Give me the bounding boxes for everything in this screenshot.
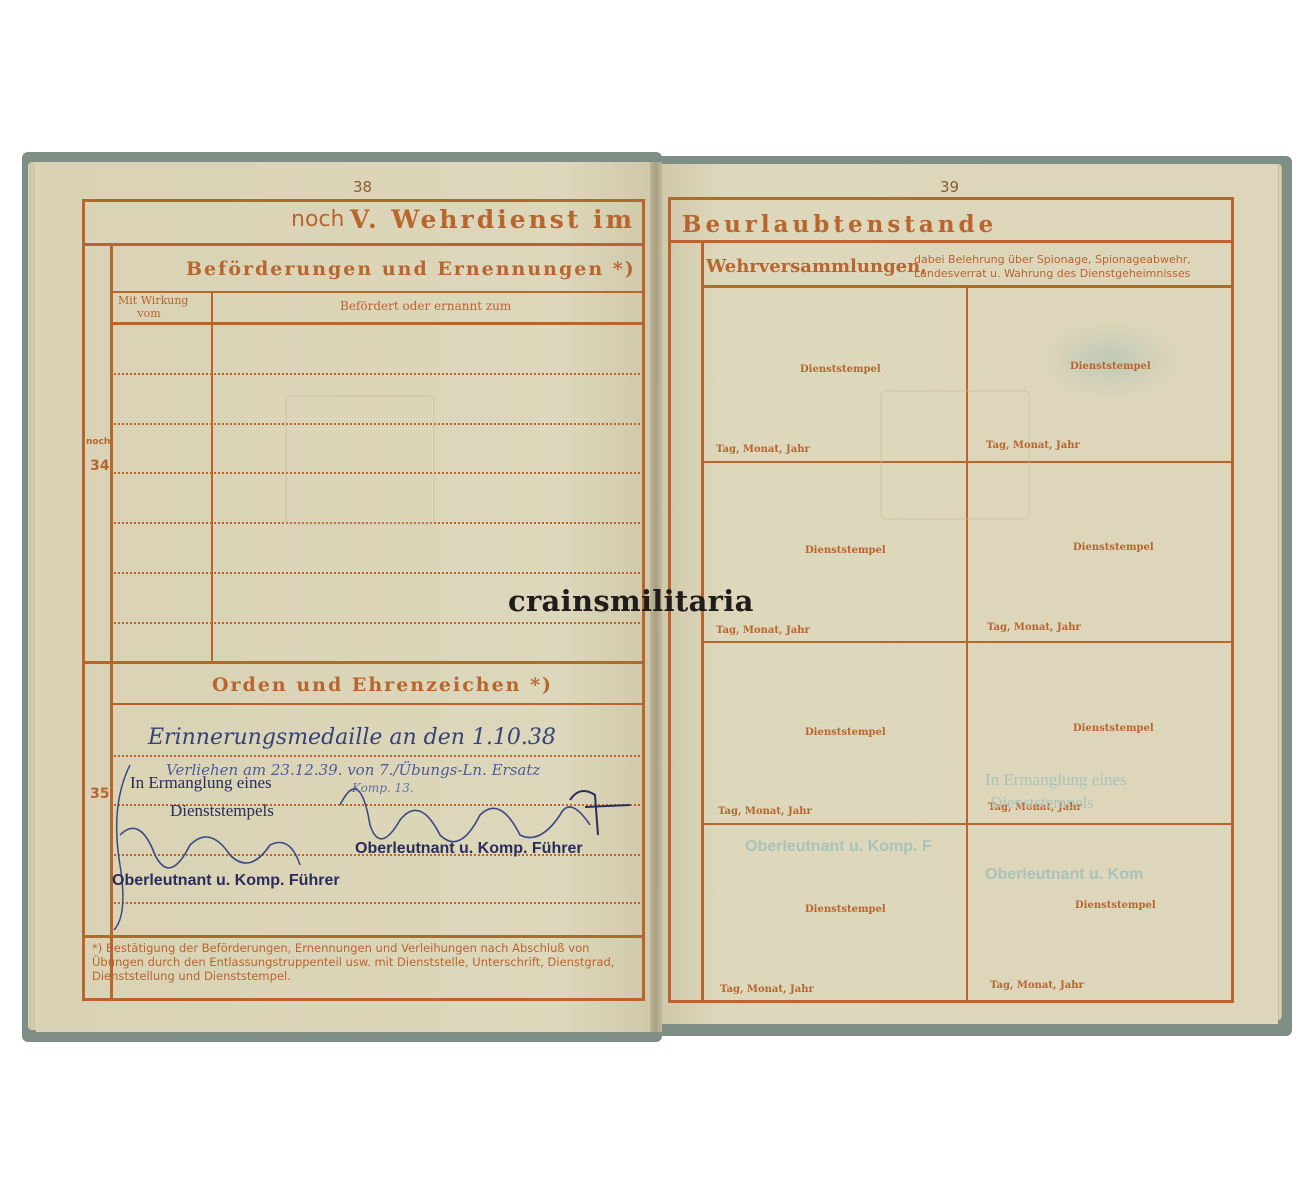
header-title-right: Beurlaubtenstande	[682, 211, 997, 238]
cell-4-date-label: Tag, Monat, Jahr	[987, 622, 1081, 633]
eagle-watermark-left	[285, 395, 435, 525]
promotions-title: Beförderungen und Ernennungen *)	[186, 258, 636, 280]
cell-3-date-label: Tag, Monat, Jahr	[716, 625, 810, 636]
page-number-right: 39	[940, 178, 959, 196]
col-rank-header: Befördert oder ernannt zum	[340, 299, 511, 313]
cell-1-date-label: Tag, Monat, Jahr	[716, 444, 810, 455]
decorations-top-divider	[82, 661, 645, 664]
col-date-header-line2: vom	[118, 307, 180, 320]
cell-7-stamp-label: Dienststempel	[805, 904, 886, 915]
assemblies-title: Wehrversammlungen,	[706, 256, 926, 277]
decorations-title: Orden und Ehrenzeichen *)	[212, 674, 553, 696]
cell-5-stamp-label: Dienststempel	[805, 727, 886, 738]
assemblies-row-divider	[703, 823, 1233, 825]
cell-8-date-label: Tag, Monat, Jahr	[990, 980, 1084, 991]
cell-7-date-label: Tag, Monat, Jahr	[720, 984, 814, 995]
section-marker-noch: noch	[86, 437, 110, 447]
promotions-row-line	[114, 622, 640, 624]
offset-stamp-line3: Oberleutnant u. Komp. F	[745, 838, 932, 856]
assemblies-row-divider	[703, 641, 1233, 643]
section-number-34: 34	[90, 458, 109, 474]
seller-watermark: crainsmilitaria	[508, 584, 754, 618]
stamp-rank-left: Oberleutnant u. Komp. Führer	[112, 872, 340, 890]
promotions-title-divider	[110, 291, 643, 293]
faded-stamp-blot	[1040, 320, 1180, 400]
stamp-rank-right: Oberleutnant u. Komp. Führer	[355, 840, 583, 858]
right-section-column	[701, 240, 704, 1000]
cell-3-stamp-label: Dienststempel	[805, 545, 886, 556]
cell-1-stamp-label: Dienststempel	[800, 364, 881, 375]
header-divider-right	[668, 240, 1234, 243]
offset-stamp-line2: Dienststempels	[990, 793, 1094, 813]
footnote-text: *) Bestätigung der Beförderungen, Ernenn…	[92, 941, 642, 983]
decorations-title-divider	[110, 703, 643, 705]
promotions-row-line	[114, 373, 640, 375]
eagle-watermark-right	[880, 390, 1030, 520]
assemblies-subtitle-line2: Landesverrat u. Wahrung des Dienstgeheim…	[914, 267, 1190, 280]
promotions-header-divider	[110, 322, 643, 325]
footnote-divider	[82, 935, 645, 938]
offset-stamp-line4: Oberleutnant u. Kom	[985, 866, 1143, 884]
promotions-row-line	[114, 572, 640, 574]
col-date-header-line1: Mit Wirkung	[118, 294, 180, 307]
cell-2-stamp-label: Dienststempel	[1070, 361, 1151, 372]
cell-2-date-label: Tag, Monat, Jahr	[986, 440, 1080, 451]
page-number-left: 38	[353, 178, 372, 196]
offset-stamp-line1: In Ermanglung eines	[985, 770, 1127, 790]
cell-5-date-label: Tag, Monat, Jahr	[718, 806, 812, 817]
cell-6-stamp-label: Dienststempel	[1073, 723, 1154, 734]
cell-4-stamp-label: Dienststempel	[1073, 542, 1154, 553]
assemblies-subtitle-line1: dabei Belehrung über Spionage, Spionagea…	[914, 253, 1191, 266]
cell-8-stamp-label: Dienststempel	[1075, 900, 1156, 911]
header-title-left: V. Wehrdienst im	[350, 205, 635, 234]
header-divider	[82, 243, 645, 246]
promotions-col-divider	[211, 291, 213, 663]
header-prefix: noch	[291, 207, 344, 232]
